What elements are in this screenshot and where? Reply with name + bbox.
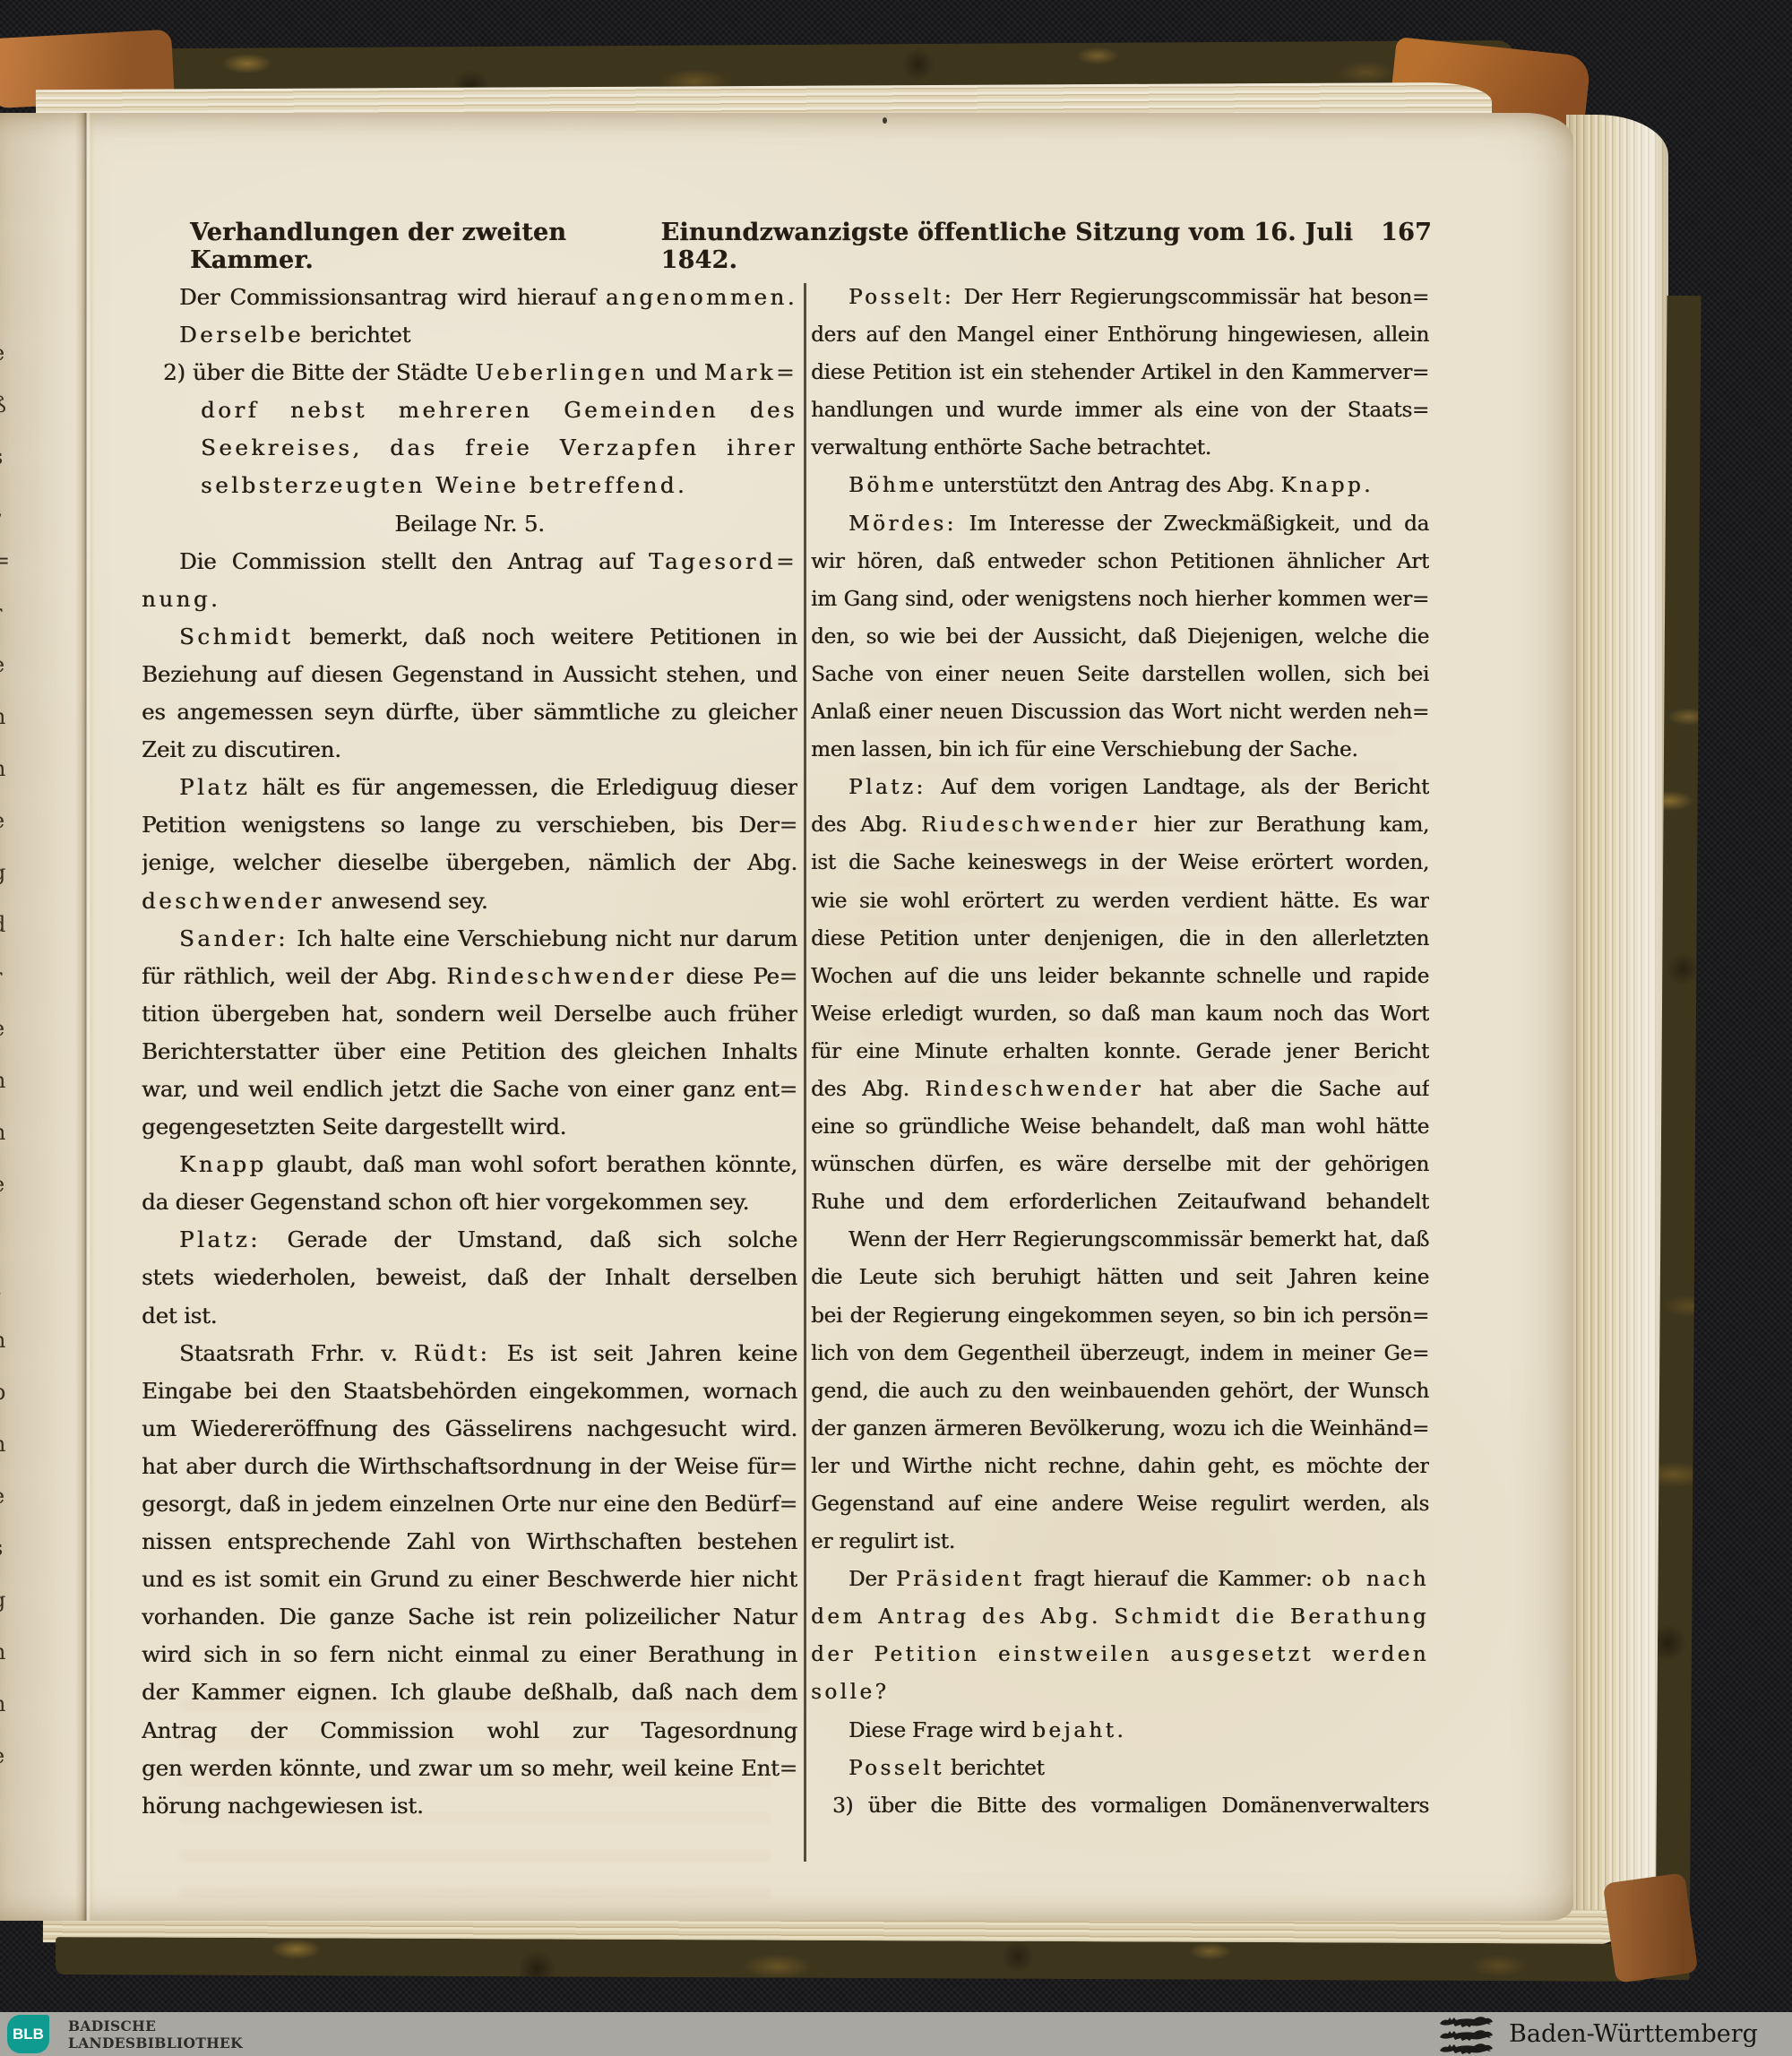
book-cover-bottom-edge	[56, 1937, 1659, 1982]
text-line: Diese Frage wird bejaht.	[811, 1712, 1429, 1750]
text-line: Gegenstand auf eine andere Weise regulir…	[811, 1485, 1429, 1523]
letterspaced-text: Platz	[179, 774, 250, 800]
text-line: für eine Minute erhalten konnte. Gerade …	[811, 1033, 1429, 1071]
letterspaced-text: ob nach	[1322, 1568, 1429, 1591]
text-line: dem Antrag des Abg. Schmidt die Berathun…	[811, 1598, 1429, 1636]
text-line: gegengesetzten Seite dargestellt wird.	[142, 1108, 797, 1146]
verso-letter-fragment: n	[0, 1432, 5, 1457]
verso-letter-fragment: h	[0, 1639, 5, 1665]
text-line: für räthlich, weil der Abg. Rindeschwend…	[142, 958, 797, 995]
text-line: ist die Sache keineswegs in der Weise er…	[811, 844, 1429, 882]
text-line: der Kammer eignen. Ich glaube deßhalb, d…	[142, 1673, 797, 1711]
text-line: es angemessen seyn dürfte, über sämmtlic…	[142, 693, 797, 731]
letterspaced-text: Knapp.	[1280, 474, 1373, 497]
header-right-title: Einundzwanzigste öffentliche Sitzung vom…	[661, 219, 1382, 274]
text-line: Sache von einer neuen Seite darstellen w…	[811, 656, 1429, 693]
text-line: wir hören, daß entweder schon Petitionen…	[811, 543, 1429, 581]
text-line: Der Präsident fragt hierauf die Kammer: …	[811, 1561, 1429, 1598]
text-line: da dieser Gegenstand schon oft hier vorg…	[142, 1183, 797, 1221]
baden-wuerttemberg-coat-of-arms-icon	[1437, 2014, 1495, 2056]
page-number: 167	[1381, 219, 1432, 246]
verso-letter-fragment: b	[0, 1380, 5, 1405]
letterspaced-text: Mördes:	[849, 512, 957, 536]
text-line: den, so wie bei der Aussicht, daß Diejen…	[811, 618, 1429, 656]
text-line: diese Petition ist ein stehender Artikel…	[811, 354, 1429, 391]
text-line: Petition wenigstens so lange zu verschie…	[142, 806, 797, 844]
paper-speck	[883, 117, 887, 124]
verso-letter-fragment: t	[0, 1276, 1, 1301]
text-line: Platz: Gerade der Umstand, daß sich solc…	[142, 1221, 797, 1259]
text-line: Seekreises, das freie Verzapfen ihrer	[142, 429, 797, 467]
verso-letter-fragment: =	[0, 548, 10, 573]
verso-letter-fragment: n	[0, 756, 5, 781]
letterspaced-text: Schmidt	[179, 624, 293, 649]
letterspaced-text: Rüdt:	[414, 1340, 491, 1366]
text-line: Mördes: Im Interesse der Zweckmäßigkeit,…	[811, 505, 1429, 543]
verso-letter-fragment: e	[0, 808, 4, 833]
text-line: Wenn der Herr Regierungscommissär bemerk…	[811, 1221, 1429, 1259]
text-line: Zeit zu discutiren.	[142, 731, 797, 769]
letterspaced-text: nung.	[142, 586, 220, 612]
verso-letter-fragment: g	[0, 860, 5, 885]
verso-letter-fragment: h	[0, 704, 5, 729]
text-line: Platz: Auf dem vorigen Landtage, als der…	[811, 769, 1429, 806]
verso-letter-fragment: e	[0, 340, 4, 366]
text-line: 2) über die Bitte der Städte Ueberlingen…	[142, 354, 797, 391]
text-line: vorhanden. Die ganze Sache ist rein poli…	[142, 1598, 797, 1636]
library-name-line2: LANDESBIBLIOTHEK	[68, 2034, 243, 2052]
text-line: diese Petition unter denjenigen, die in …	[811, 920, 1429, 958]
letterspaced-text: Mark=	[704, 359, 797, 385]
text-line: det ist.	[142, 1297, 797, 1335]
text-line: Weise erledigt wurden, so daß man kaum n…	[811, 995, 1429, 1033]
letterspaced-text: Platz:	[849, 776, 926, 799]
text-line: er regulirt ist.	[811, 1523, 1429, 1561]
letterspaced-text: Posselt:	[849, 286, 954, 309]
text-line: men lassen, bin ich für eine Verschiebun…	[811, 731, 1429, 769]
text-line: verwaltung enthörte Sache betrachtet.	[811, 429, 1429, 467]
letterspaced-text: dem Antrag des Abg. Schmidt die Berathun…	[811, 1605, 1429, 1629]
library-name-line1: BADISCHE	[68, 2017, 243, 2034]
text-line: Schmidt bemerkt, daß noch weitere Petiti…	[142, 618, 797, 656]
verso-letter-fragment: r	[0, 600, 2, 625]
text-line: wird sich in so fern nicht einmal zu ein…	[142, 1636, 797, 1673]
verso-letter-fragment: e	[0, 1743, 4, 1768]
text-line: gesorgt, daß in jedem einzelnen Orte nur…	[142, 1485, 797, 1523]
text-line: gend, die auch zu den weinbauenden gehör…	[811, 1372, 1429, 1410]
text-line: 3) über die Bitte des vormaligen Domänen…	[811, 1787, 1429, 1825]
text-line: im Gang sind, oder wenigstens noch hierh…	[811, 581, 1429, 618]
text-line: Beziehung auf diesen Gegenstand in Aussi…	[142, 656, 797, 693]
text-line: Posselt: Der Herr Regierungscommissär ha…	[811, 279, 1429, 316]
right-column: Posselt: Der Herr Regierungscommissär ha…	[811, 279, 1429, 1825]
text-line: wie sie wohl erörtert zu werden verdient…	[811, 882, 1429, 920]
letterspaced-text: selbsterzeugten Weine betreffend.	[201, 472, 687, 498]
letterspaced-text: solle?	[811, 1681, 889, 1704]
verso-letter-fragment: s	[0, 444, 3, 469]
verso-letter-fragment: e	[0, 652, 4, 677]
text-line: Derselbe berichtet	[142, 316, 797, 354]
page-stack-fore-edge	[1566, 115, 1668, 1926]
text-line: der ganzen ärmeren Bevölkerung, wozu ich…	[811, 1410, 1429, 1448]
text-line: und es ist somit ein Grund zu einer Besc…	[142, 1561, 797, 1598]
text-line: des Abg. Riudeschwender hier zur Berathu…	[811, 806, 1429, 844]
text-line: Ruhe und dem erforderlichen Zeitaufwand …	[811, 1183, 1429, 1221]
text-line: hörung nachgewiesen ist.	[142, 1787, 797, 1825]
letterspaced-text: Sander:	[179, 925, 289, 951]
text-line: die Leute sich beruhigt hätten und seit …	[811, 1259, 1429, 1296]
left-column: Der Commissionsantrag wird hierauf angen…	[142, 279, 797, 1825]
text-line: jenige, welcher dieselbe übergeben, näml…	[142, 844, 797, 882]
verso-letter-fragment: e	[0, 1172, 4, 1197]
text-line: handlungen und wurde immer als eine von …	[811, 391, 1429, 429]
letterspaced-text: Riudeschwender	[921, 813, 1140, 837]
text-line: Eingabe bei den Staatsbehörden eingekomm…	[142, 1372, 797, 1410]
text-line: Die Commission stellt den Antrag auf Tag…	[142, 543, 797, 581]
text-line: gen werden könnte, und zwar um so mehr, …	[142, 1750, 797, 1787]
text-line: dorf nebst mehreren Gemeinden des	[142, 391, 797, 429]
text-line: nung.	[142, 581, 797, 618]
text-line: Knapp glaubt, daß man wohl sofort berath…	[142, 1146, 797, 1183]
letterspaced-text: Platz:	[179, 1226, 261, 1252]
text-line: lich von dem Gegentheil überzeugt, indem…	[811, 1335, 1429, 1372]
verso-letter-fragment: ß	[0, 392, 6, 417]
text-line: Wochen auf die uns leider bekannte schne…	[811, 958, 1429, 995]
verso-letter-fragment: n	[0, 1691, 5, 1716]
letterspaced-text: der Petition einstweilen ausgesetzt werd…	[811, 1643, 1429, 1666]
text-line: stets wiederholen, beweist, daß der Inha…	[142, 1259, 797, 1296]
verso-letter-fragment: g	[0, 1587, 5, 1613]
text-line: nissen entsprechende Zahl von Wirthschaf…	[142, 1523, 797, 1561]
verso-letter-fragment: h	[0, 1328, 5, 1353]
verso-letter-fragment: e	[0, 1016, 4, 1041]
letterspaced-text: Posselt	[849, 1757, 944, 1780]
text-line: war, und weil endlich jetzt die Sache vo…	[142, 1071, 797, 1108]
verso-letter-fragment: d	[0, 912, 5, 937]
verso-page-strip: eßs„=rehnegdrehnelthbnesghne	[0, 340, 23, 1863]
running-header: Verhandlungen der zweiten Kammer. Einund…	[134, 219, 1432, 274]
verso-letter-fragment: h	[0, 1068, 5, 1093]
text-line: Staatsrath Frhr. v. Rüdt: Es ist seit Ja…	[142, 1335, 797, 1372]
library-name: BADISCHE LANDESBIBLIOTHEK	[68, 2017, 243, 2052]
text-line: selbsterzeugten Weine betreffend.	[142, 467, 797, 504]
letterspaced-text: dorf nebst mehreren Gemeinden des	[201, 397, 797, 423]
book-leather-corner-bottom-right	[1603, 1872, 1699, 1983]
header-left-title: Verhandlungen der zweiten Kammer.	[190, 219, 661, 274]
text-line: Böhme unterstützt den Antrag des Abg. Kn…	[811, 467, 1429, 504]
text-line: hat aber durch die Wirthschaftsordnung i…	[142, 1448, 797, 1485]
state-name: Baden-Württemberg	[1509, 2020, 1758, 2048]
text-line: um Wiedereröffnung des Gässelirens nachg…	[142, 1410, 797, 1448]
letterspaced-text: Derselbe	[179, 322, 304, 348]
letterspaced-text: Böhme	[849, 474, 936, 497]
text-line: Berichterstatter über eine Petition des …	[142, 1033, 797, 1071]
text-line: bei der Regierung eingekommen seyen, so …	[811, 1297, 1429, 1335]
blb-logo[interactable]: BLB	[7, 2015, 49, 2053]
letterspaced-text: Knapp	[179, 1151, 267, 1177]
text-line: Sander: Ich halte eine Verschiebung nich…	[142, 920, 797, 958]
verso-letter-fragment: r	[0, 964, 2, 989]
text-line: wünschen dürfen, es wäre derselbe mit de…	[811, 1146, 1429, 1183]
text-line: solle?	[811, 1673, 1429, 1711]
text-line: Platz hält es für angemessen, die Erledi…	[142, 769, 797, 806]
text-line: tition übergeben hat, sondern weil Derse…	[142, 995, 797, 1033]
text-line: deschwender anwesend sey.	[142, 882, 797, 920]
verso-letter-fragment: e	[0, 1484, 4, 1509]
text-line: Beilage Nr. 5.	[142, 505, 797, 543]
letterspaced-text: Rindeschwender	[925, 1078, 1143, 1101]
verso-letter-fragment: „	[0, 496, 3, 521]
letterspaced-text: deschwender	[142, 888, 324, 914]
text-line: ders auf den Mangel einer Enthörung hing…	[811, 316, 1429, 354]
letterspaced-text: Seekreises, das freie Verzapfen ihrer	[201, 434, 797, 460]
verso-letter-fragment: n	[0, 1120, 5, 1145]
text-line: Antrag der Commission wohl zur Tagesordn…	[142, 1712, 797, 1750]
text-line: Anlaß einer neuen Discussion das Wort ni…	[811, 693, 1429, 731]
letterspaced-text: Präsident	[896, 1568, 1024, 1591]
letterspaced-text: Tagesord=	[649, 548, 797, 574]
gutter-fold	[75, 113, 95, 1921]
column-divider-rule	[804, 283, 806, 1862]
text-line: Der Commissionsantrag wird hierauf angen…	[142, 279, 797, 316]
text-line: eine so gründliche Weise behandelt, daß …	[811, 1108, 1429, 1146]
verso-letter-fragment: s	[0, 1536, 3, 1561]
text-line: des Abg. Rindeschwender hat aber die Sac…	[811, 1071, 1429, 1108]
letterspaced-text: Rindeschwender	[446, 963, 676, 989]
blb-logo-text: BLB	[13, 2026, 44, 2043]
letterspaced-text: angenommen.	[606, 284, 797, 310]
text-line: Posselt berichtet	[811, 1750, 1429, 1787]
letterspaced-text: Ueberlingen	[475, 359, 648, 385]
text-line: der Petition einstweilen ausgesetzt werd…	[811, 1636, 1429, 1673]
text-line: ler und Wirthe nicht rechne, dahin geht,…	[811, 1448, 1429, 1485]
letterspaced-text: bejaht.	[1032, 1719, 1126, 1742]
